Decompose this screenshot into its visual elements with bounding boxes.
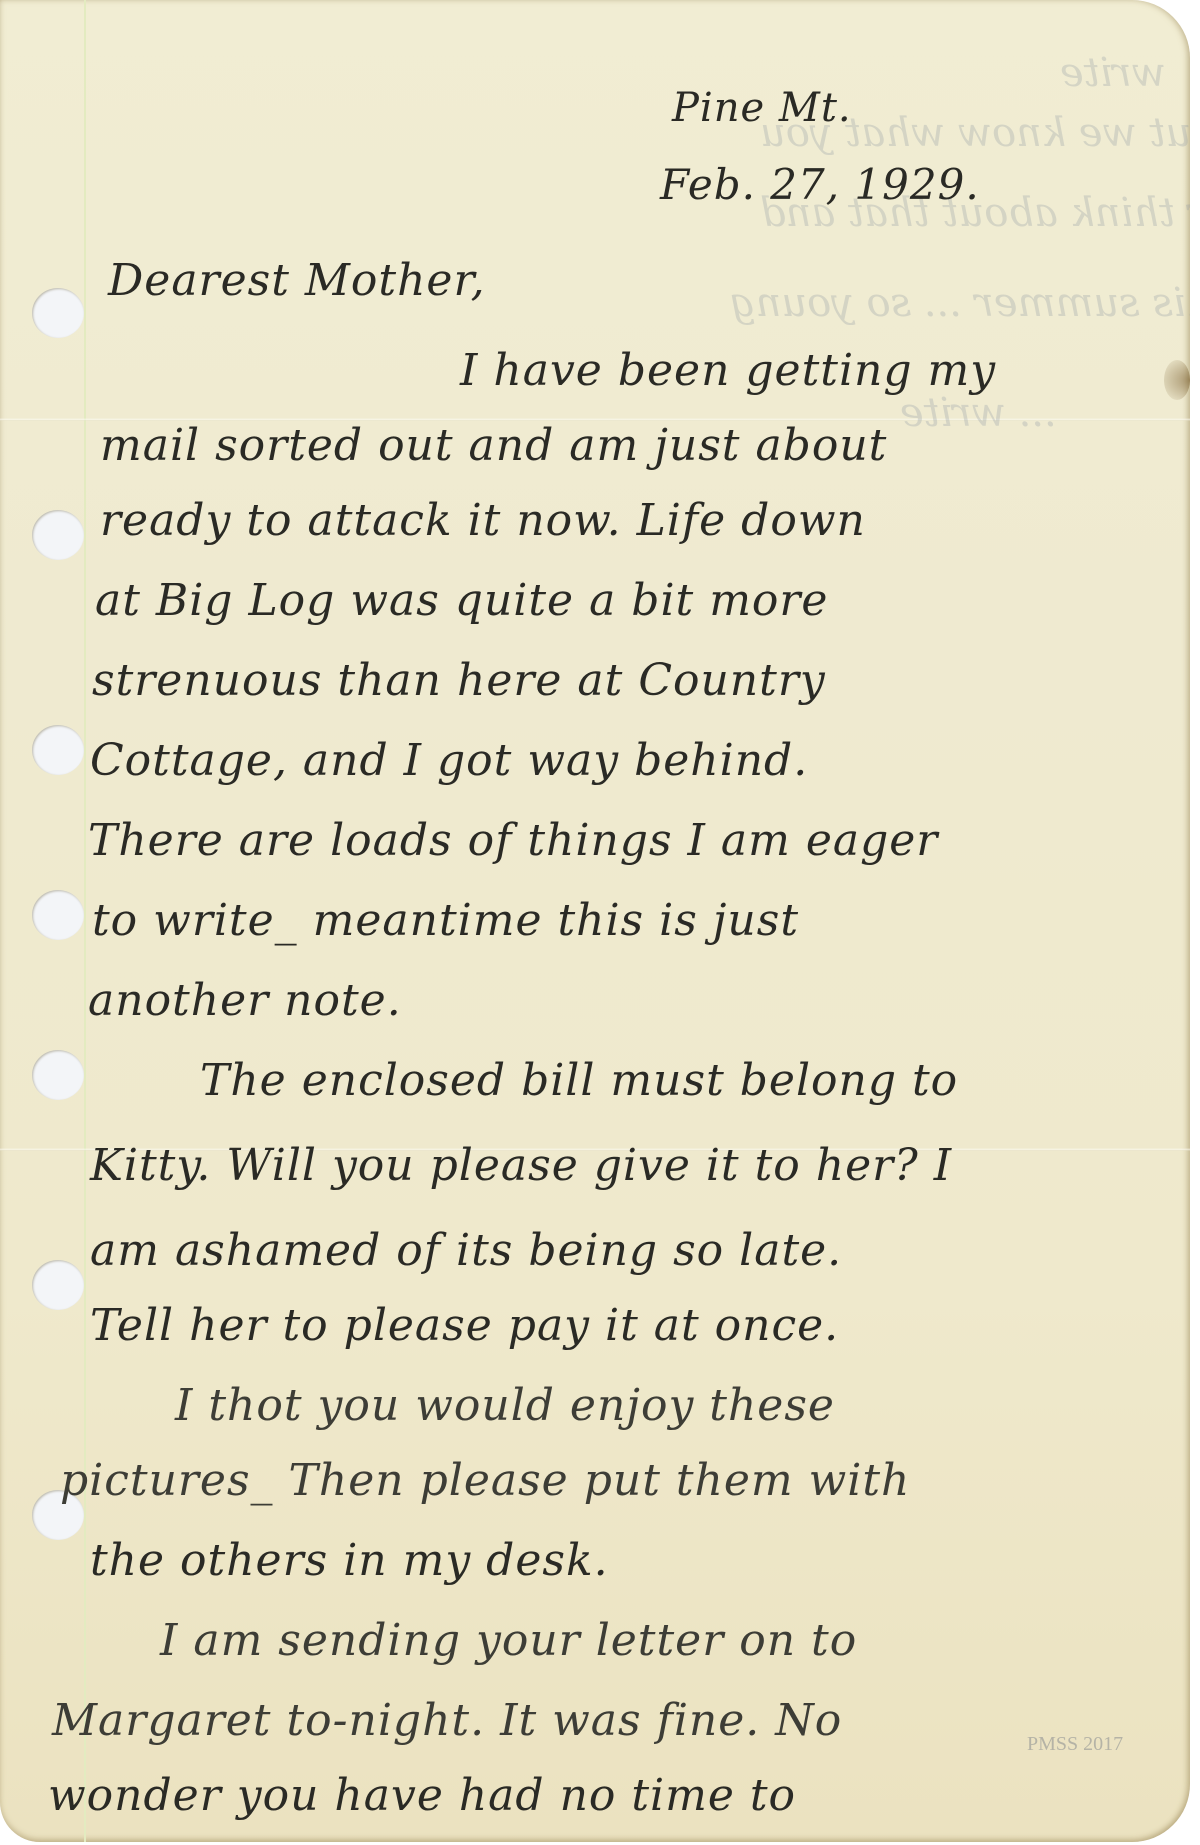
letter-line: The enclosed bill must belong to xyxy=(200,1055,958,1106)
letter-line: There are loads of things I am eager xyxy=(88,815,938,866)
letter-place: Pine Mt. xyxy=(672,85,852,131)
letter-line: I am sending your letter on to xyxy=(160,1615,857,1666)
letter-line: to write_ meantime this is just xyxy=(92,895,799,946)
binder-hole xyxy=(32,288,84,338)
binder-hole xyxy=(32,1050,84,1100)
letter-line: am ashamed of its being so late. xyxy=(90,1225,842,1276)
letter-line: Cottage, and I got way behind. xyxy=(90,735,808,786)
bleed-through-text: ... write xyxy=(900,390,1057,436)
letter-line: mail sorted out and am just about xyxy=(100,420,887,471)
letter-line: Tell her to please pay it at once. xyxy=(90,1300,839,1351)
letter-line: ready to attack it now. Life down xyxy=(100,495,866,546)
bleed-through-text: write xyxy=(1060,50,1166,96)
letter-salutation: Dearest Mother, xyxy=(108,255,486,306)
letter-line: I thot you would enjoy these xyxy=(175,1380,835,1431)
watermark: PMSS 2017 xyxy=(1027,1733,1123,1756)
letter-line: pictures_ Then please put them with xyxy=(60,1455,910,1506)
letter-line: the others in my desk. xyxy=(90,1535,609,1586)
letter-line: strenuous than here at Country xyxy=(92,655,826,706)
binder-hole xyxy=(32,510,84,560)
letter-line: wonder you have had no time to xyxy=(48,1770,796,1821)
bleed-through-text: may be this summer ... so young xyxy=(730,280,1190,326)
paper-stain xyxy=(1164,360,1190,400)
margin-line xyxy=(84,0,86,1842)
letter-date: Feb. 27, 1929. xyxy=(660,160,980,209)
binder-hole xyxy=(32,1260,84,1310)
binder-hole xyxy=(32,890,84,940)
binder-hole xyxy=(32,725,84,775)
letter-line: another note. xyxy=(88,975,402,1026)
letter-line: Kitty. Will you please give it to her? I xyxy=(90,1140,952,1191)
letter-line: I have been getting my xyxy=(460,345,996,396)
letter-line: Margaret to-night. It was fine. No xyxy=(52,1695,842,1746)
letter-line: at Big Log was quite a bit more xyxy=(95,575,828,626)
letter-page: write I hope but we know what you and fa… xyxy=(0,0,1190,1842)
